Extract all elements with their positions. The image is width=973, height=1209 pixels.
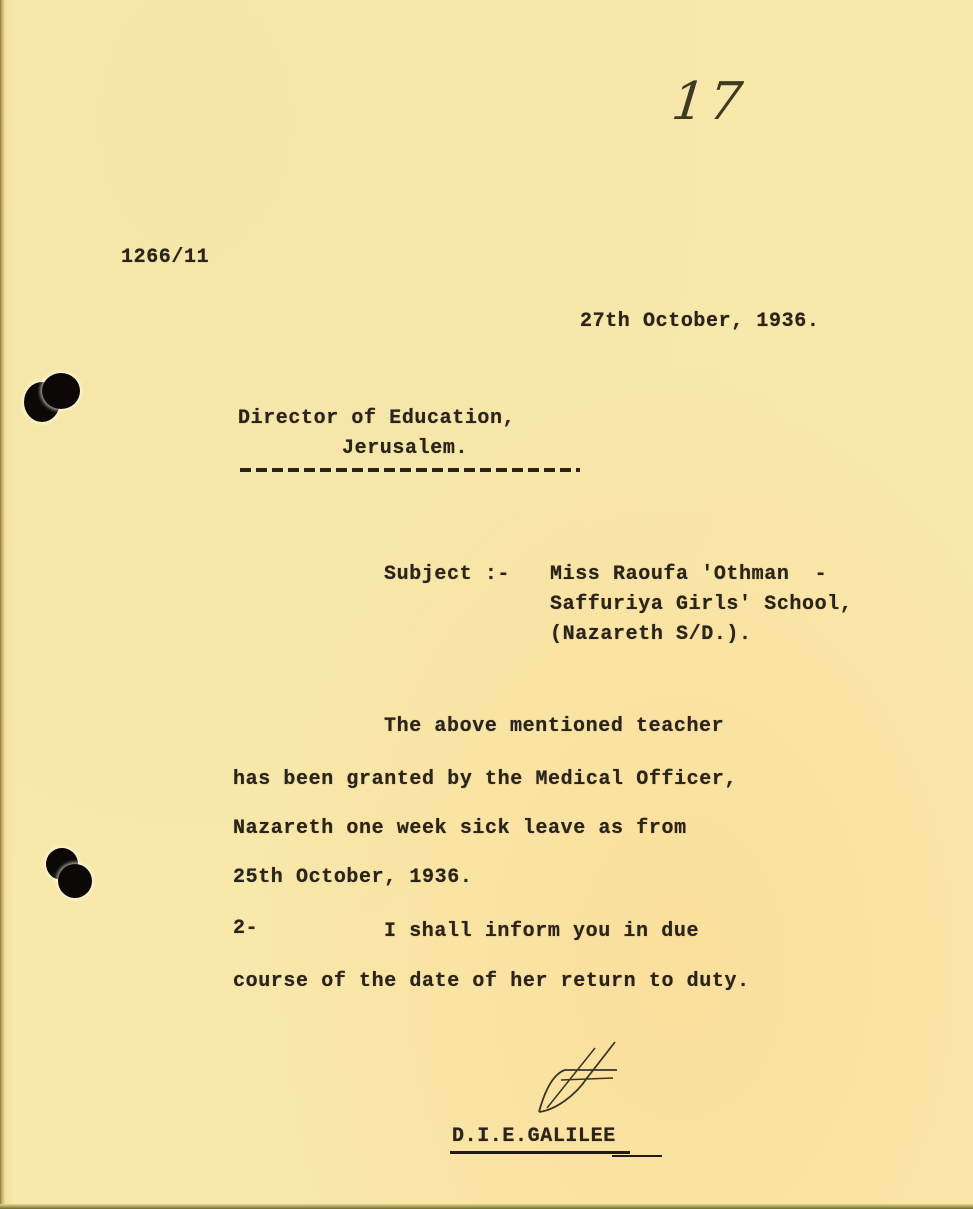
reference-number: 1266/11 [121,246,209,269]
body-para1-line3: Nazareth one week sick leave as from [233,817,687,840]
subject-line-1: Miss Raoufa 'Othman - [550,563,827,586]
subject-line-2: Saffuriya Girls' School, [550,593,852,616]
page-bottom-edge [0,1204,973,1209]
document-page: 17 1266/11 27th October, 1936. Director … [0,0,973,1209]
punch-hole-top-overlap [42,373,80,409]
signatory-underline-left [450,1151,630,1154]
body-para1-line2: has been granted by the Medical Officer, [233,768,737,791]
body-para1-line4: 25th October, 1936. [233,866,472,889]
body-para2-line1: I shall inform you in due [384,920,699,943]
subject-line-3: (Nazareth S/D.). [550,623,752,646]
addressee-line-2: Jerusalem. [342,437,468,460]
letter-date: 27th October, 1936. [580,310,819,333]
body-para1-line1: The above mentioned teacher [384,715,724,738]
signatory-underline-right [612,1155,662,1157]
addressee-line-1: Director of Education, [238,407,515,430]
punch-hole-bottom-overlap [58,864,92,898]
handwritten-signature [525,1040,625,1120]
subject-label: Subject :- [384,563,510,586]
body-para2-number: 2- [233,917,258,940]
folio-number: 17 [669,72,749,132]
signatory-title: D.I.E.GALILEE [452,1125,616,1148]
addressee-dashed-rule [240,468,580,472]
body-para2-line2: course of the date of her return to duty… [233,970,750,993]
